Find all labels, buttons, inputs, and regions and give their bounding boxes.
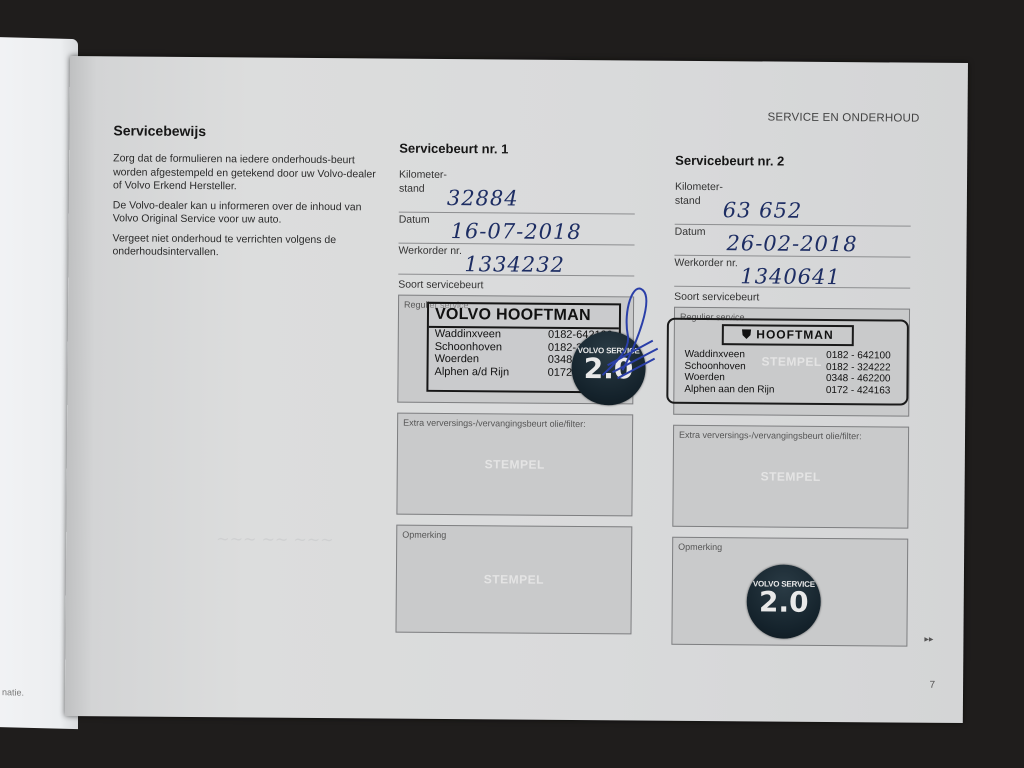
intro-paragraph: De Volvo-dealer kan u informeren over de… [113,199,383,228]
dealer-name: VOLVO HOOFTMAN [429,304,619,329]
dealer-logo: ⛊ HOOFTMAN [722,324,854,346]
dealer-location: Alphen aan den Rijn0172 - 424163 [668,383,906,396]
service-type-label: Soort servicebeurt [674,291,910,305]
shield-icon: ⛊ [742,327,756,341]
service-record-1: Servicebeurt nr. 1 Kilometer- stand 3288… [395,141,635,635]
date-field[interactable]: Datum 26-02-2018 [674,225,910,258]
km-value: 32884 [447,186,519,211]
stamp-placeholder: STEMPEL [398,457,632,473]
km-field[interactable]: Kilometer- stand 32884 [399,168,635,215]
dealer-stamp: ⛊ HOOFTMAN Waddinxveen0182 - 642100 Scho… [666,318,909,406]
remark-label: Opmerking [678,542,722,552]
volvo-service-badge: VOLVO SERVICE 2.0 [571,331,646,406]
service-title: Servicebeurt nr. 1 [399,141,635,158]
service-record-2: Servicebeurt nr. 2 Kilometer- stand 63 6… [671,153,911,647]
remark-label: Opmerking [402,530,446,540]
km-value: 63 652 [723,198,803,223]
extra-service-box: Extra verversings-/vervangingsbeurt olie… [672,425,909,529]
intro-title: Servicebewijs [113,122,383,140]
km-field[interactable]: Kilometer- stand 63 652 [675,180,911,227]
work-order-label: Werkorder nr. [674,256,738,270]
service-booklet-page: SERVICE EN ONDERHOUD Servicebewijs Zorg … [65,56,968,723]
remark-box: Opmerking VOLVO SERVICE 2.0 [671,537,908,647]
show-through-text: ~~~ ~~ ~~~ [216,529,334,549]
extra-service-box: Extra verversings-/vervangingsbeurt olie… [396,413,633,517]
left-page-snippet: natie. [2,687,24,698]
extra-label: Extra verversings-/vervangingsbeurt olie… [679,430,862,441]
km-label: Kilometer- stand [675,180,723,208]
stamp-placeholder: STEMPEL [674,469,908,485]
km-label: Kilometer- stand [399,168,447,196]
extra-label: Extra verversings-/vervangingsbeurt olie… [403,418,586,429]
section-header: SERVICE EN ONDERHOUD [767,111,919,124]
intro-paragraph: Vergeet niet onderhoud te verrichten vol… [112,232,382,261]
remark-box: Opmerking STEMPEL [395,525,632,635]
page-number: 7 [929,680,935,691]
date-field[interactable]: Datum 16-07-2018 [399,213,635,246]
service-title: Servicebeurt nr. 2 [675,153,911,170]
intro-section: Servicebewijs Zorg dat de formulieren na… [112,122,383,267]
work-order-value: 1340641 [740,264,841,289]
stamp-placeholder: STEMPEL [397,572,631,588]
date-value: 16-07-2018 [451,219,582,244]
service-type-label: Soort servicebeurt [398,279,634,293]
date-value: 26-02-2018 [726,231,857,256]
date-label: Datum [399,213,430,227]
intro-paragraph: Zorg dat de formulieren na iedere onderh… [113,152,383,195]
work-order-label: Werkorder nr. [398,244,462,258]
work-order-field[interactable]: Werkorder nr. 1340641 [674,256,910,289]
volvo-service-badge: VOLVO SERVICE 2.0 [746,564,821,639]
work-order-value: 1334232 [464,252,565,277]
fast-forward-icon: ▸▸ [924,634,933,645]
work-order-field[interactable]: Werkorder nr. 1334232 [398,244,634,277]
regular-service-box: Regulier service STEMPEL ⛊ HOOFTMAN Wadd… [673,307,910,417]
date-label: Datum [675,225,706,239]
